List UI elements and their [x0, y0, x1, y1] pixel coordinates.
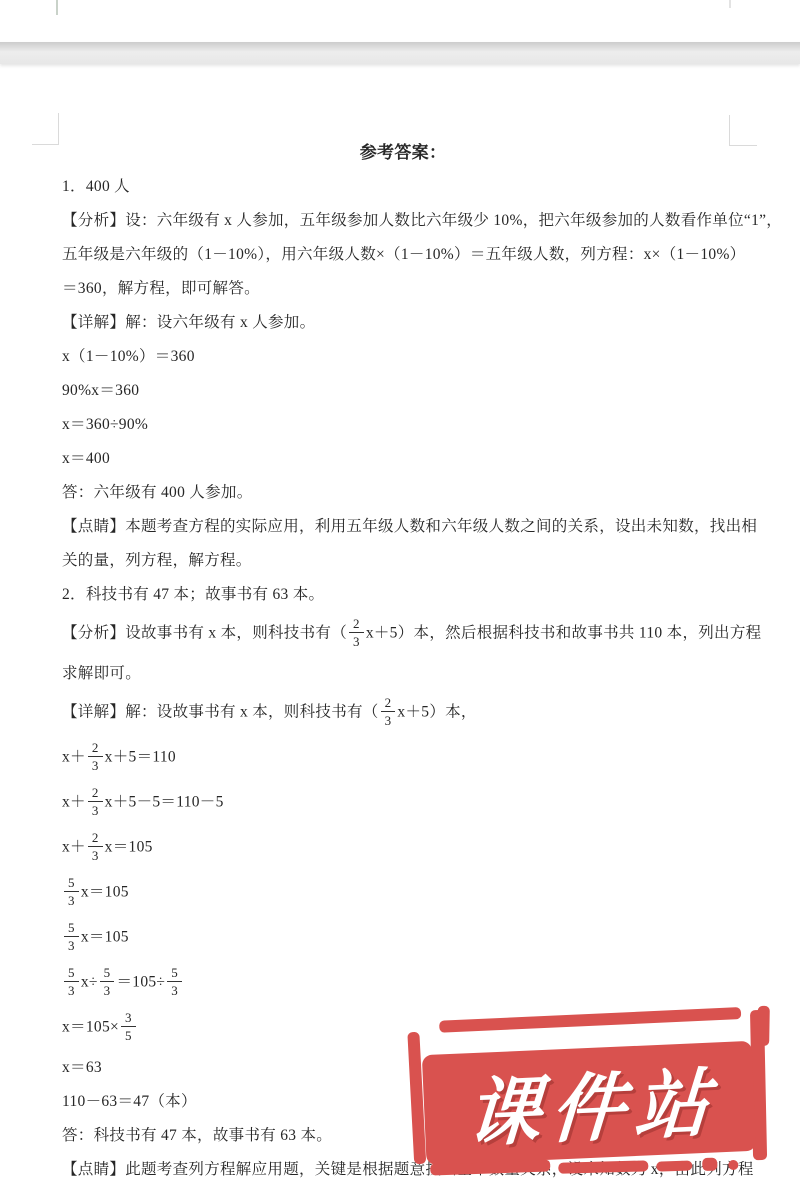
line-text: 【分析】设故事书有 x 本，则科技书有（	[62, 625, 347, 642]
document-line: x＋23x＋5－5＝110－5	[62, 787, 744, 819]
line-text: 关的量，列方程，解方程。	[62, 552, 252, 569]
prev-page-crop-mark-right	[729, 0, 731, 8]
fraction: 35	[121, 1010, 136, 1042]
line-text: x＋5）本，然后根据科技书和故事书共 110 本，列出方程	[366, 625, 762, 642]
stamp-frame-dot	[702, 1158, 717, 1172]
line-text: x＝400	[62, 450, 110, 467]
document-line: x＋23x＝105	[62, 832, 744, 864]
text-boundary-mark-top-left	[32, 113, 59, 145]
document-line: 关的量，列方程，解方程。	[62, 550, 744, 572]
line-text: 【点睛】本题考查方程的实际应用，利用五年级人数和六年级人数之间的关系，设出未知数…	[62, 518, 757, 535]
document-line: 答：六年级有 400 人参加。	[62, 482, 744, 504]
document-line: 求解即可。	[62, 663, 744, 685]
document-line: x＝360÷90%	[62, 414, 744, 436]
fraction: 23	[381, 695, 396, 727]
line-text: x＝105	[81, 929, 129, 946]
line-text: 【详解】解：设六年级有 x 人参加。	[62, 314, 315, 331]
line-text: x＝360÷90%	[62, 416, 148, 433]
line-text: x＝63	[62, 1059, 102, 1076]
fraction: 53	[100, 965, 115, 997]
stamp-text: 课件站	[456, 1044, 722, 1162]
document-line: ＝360，解方程，即可解答。	[62, 278, 744, 300]
line-text: 【分析】设：六年级有 x 人参加，五年级参加人数比六年级少 10%，把六年级参加…	[62, 212, 782, 229]
stamp-frame-stroke	[656, 1160, 692, 1171]
stamp-body: 课件站	[422, 1041, 756, 1165]
watermark-stamp: 课件站	[405, 1004, 773, 1199]
document-line: x＝400	[62, 448, 744, 470]
line-text: x＋5－5＝110－5	[105, 794, 224, 811]
line-text: x＋5＝110	[105, 749, 176, 766]
line-text: ＝105÷	[116, 974, 165, 991]
document-line: 53x÷53＝105÷53	[62, 967, 744, 999]
line-text: x（1－10%）＝360	[62, 348, 195, 365]
document-line: 【分析】设故事书有 x 本，则科技书有（23x＋5）本，然后根据科技书和故事书共…	[62, 618, 744, 650]
document-line: 53x＝105	[62, 922, 744, 954]
document-line: 【详解】解：设故事书有 x 本，则科技书有（23x＋5）本，	[62, 697, 744, 729]
line-text: 90%x＝360	[62, 382, 139, 399]
fraction: 23	[349, 616, 364, 648]
line-text: 110－63＝47（本）	[62, 1093, 197, 1110]
document-line: x（1－10%）＝360	[62, 346, 744, 368]
line-text: 答：科技书有 47 本，故事书有 63 本。	[62, 1127, 332, 1144]
line-text: x＋	[62, 794, 86, 811]
fraction: 23	[88, 830, 103, 862]
document-line: 90%x＝360	[62, 380, 744, 402]
stamp-frame-stroke	[757, 1006, 770, 1046]
line-text: 1．400 人	[62, 178, 130, 195]
prev-page-crop-mark-left	[56, 0, 58, 15]
document-line: 1．400 人	[62, 176, 744, 198]
page-title: 参考答案：	[62, 142, 744, 164]
line-text: ＝360，解方程，即可解答。	[62, 280, 260, 297]
document-line: 五年级是六年级的（1－10%），用六年级人数×（1－10%）＝五年级人数，列方程…	[62, 244, 744, 266]
line-text: x＝105	[105, 839, 153, 856]
line-text: 2．科技书有 47 本；故事书有 63 本。	[62, 586, 324, 603]
fraction: 53	[64, 875, 79, 907]
stamp-frame-dot	[728, 1160, 738, 1170]
line-text: 【详解】解：设故事书有 x 本，则科技书有（	[62, 704, 379, 721]
line-text: x＝105×	[62, 1019, 119, 1036]
fraction: 53	[64, 920, 79, 952]
document-line: 2．科技书有 47 本；故事书有 63 本。	[62, 584, 744, 606]
fraction: 53	[64, 965, 79, 997]
page-separator-bar	[0, 42, 800, 64]
fraction: 23	[88, 785, 103, 817]
line-text: x＋5）本，	[397, 704, 476, 721]
line-text: 求解即可。	[62, 665, 141, 682]
document-line: 53x＝105	[62, 877, 744, 909]
fraction: 23	[88, 740, 103, 772]
line-text: 五年级是六年级的（1－10%），用六年级人数×（1－10%）＝五年级人数，列方程…	[62, 246, 745, 263]
line-text: x＝105	[81, 884, 129, 901]
document-line: 【详解】解：设六年级有 x 人参加。	[62, 312, 744, 334]
line-text: 答：六年级有 400 人参加。	[62, 484, 253, 501]
document-line: x＋23x＋5＝110	[62, 742, 744, 774]
line-text: x÷	[81, 974, 98, 991]
line-text: x＋	[62, 839, 86, 856]
line-text: x＋	[62, 749, 86, 766]
document-line: 【点睛】本题考查方程的实际应用，利用五年级人数和六年级人数之间的关系，设出未知数…	[62, 516, 744, 538]
stamp-frame-stroke	[558, 1160, 648, 1173]
document-line: 【分析】设：六年级有 x 人参加，五年级参加人数比六年级少 10%，把六年级参加…	[62, 210, 744, 232]
fraction: 53	[167, 965, 182, 997]
